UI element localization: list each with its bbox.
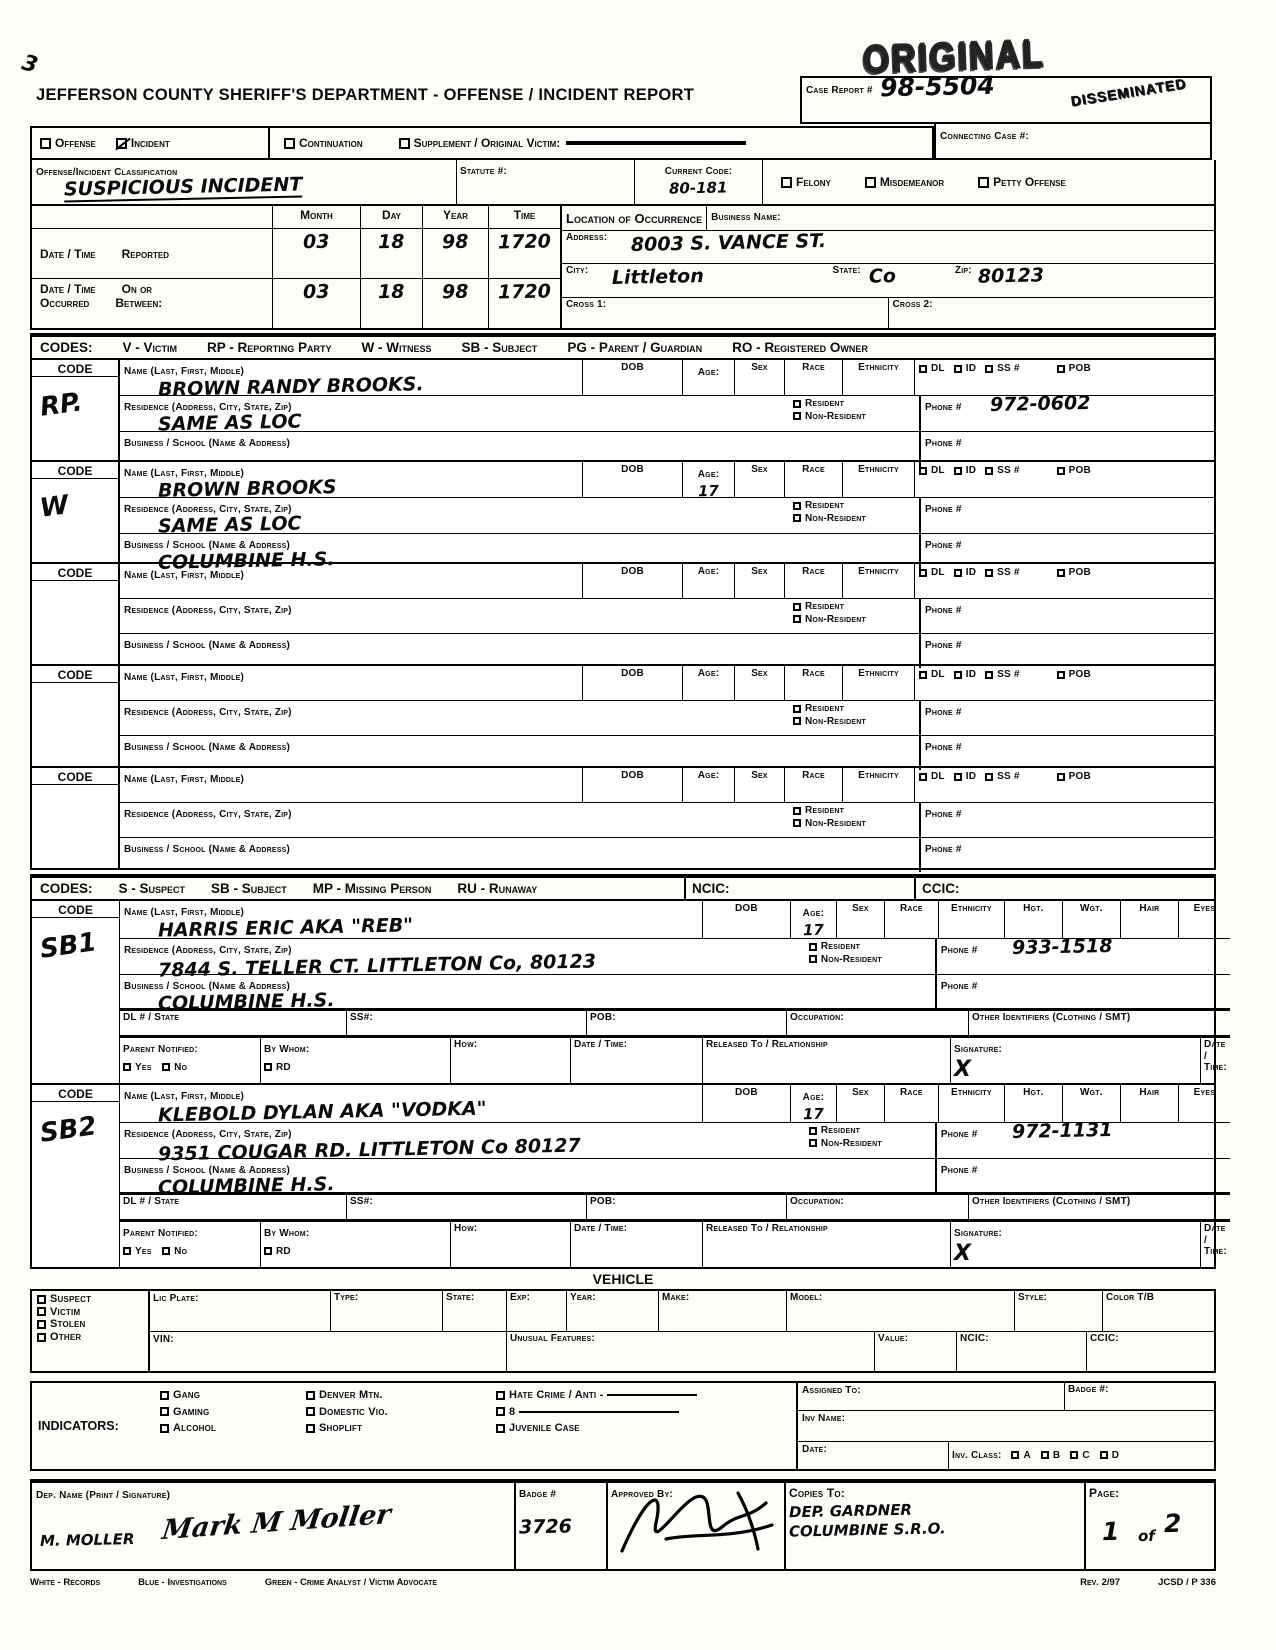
unusual-features-field: Unusual Features: [506,1332,874,1372]
form-number-label: JCSD / P 336 [1158,1577,1216,1588]
vehicle-other-checkbox-glyph [37,1333,46,1342]
race-header: Race [784,768,842,802]
occurred-year: 98 [442,281,469,304]
phone-value: 972-1131 [1012,1119,1113,1143]
rd-checkbox: RD [264,1246,291,1257]
state-label: State: [832,265,860,295]
time-header: Time [488,206,560,228]
age-header: Age: [682,666,734,700]
code-witness: W - Witness [362,340,432,355]
date-time-field-2: Date / Time: [1200,1038,1230,1083]
yes-checkbox-glyph [123,1063,131,1071]
occupation-field: Occupation: [786,1011,968,1035]
code-missing-person: MP - Missing Person [313,881,432,896]
continuation-checkbox-glyph [284,138,295,149]
resident-checkbox: Resident [793,500,917,512]
code-header: CODE [32,768,118,785]
gang-checkbox: Gang [160,1389,306,1402]
code-header: CODE [32,360,118,377]
phone-label: Phone # [925,707,962,718]
phone2-label: Phone # [925,540,962,551]
hair-header: Hair [1120,1085,1178,1122]
id-checkbox-glyph [954,467,962,475]
non-resident-checkbox: Non-Resident [793,411,917,423]
petty-offense-checkbox: Petty Offense [978,175,1066,189]
pob-checkbox-glyph [1057,773,1065,781]
dl-checkbox-glyph [919,773,927,781]
code-header: CODE [32,462,118,479]
business-value: COLUMBINE H.S. [158,1173,335,1199]
phone-value: 972-0602 [990,392,1091,416]
dob-header: DOB [582,564,682,598]
resident-checkbox: Resident [809,941,933,953]
hair-header: Hair [1120,901,1178,938]
resident-checkbox-glyph [793,807,801,815]
copies-to-label: Copies To: [789,1486,845,1500]
sex-header: Sex [734,360,784,395]
signature-strip: Dep. Name (Print / Signature) M. MOLLER … [30,1479,1216,1571]
disseminated-stamp: DISSEMINATED [1069,75,1187,109]
date-time-field: Date / Time: [570,1222,702,1267]
code-header: CODE [32,564,118,581]
pob-field: POB: [586,1011,786,1035]
yes-checkbox-glyph [123,1247,131,1255]
code-value: SB2 [38,1111,98,1149]
non-resident-checkbox-glyph [793,514,801,522]
vehicle-victim-checkbox: Victim [37,1306,143,1319]
statute-label: Statute #: [460,166,507,177]
dob-header: DOB [582,666,682,700]
dl-checkbox: DL [919,465,945,477]
vehicle-model-field: Model: [786,1291,1014,1331]
non-resident-checkbox-glyph [793,717,801,725]
deputy-signature: Mark M Moller [160,1499,393,1546]
phone-label: Phone # [925,402,962,413]
reported-label-1: Date / Time [40,247,96,261]
assigned-to-field: Assigned To: [798,1383,1064,1410]
ss-checkbox-glyph [985,773,993,781]
rd-checkbox-glyph [264,1063,272,1071]
juvenile-case-checkbox-glyph [496,1424,505,1433]
inv-class-label: Inv. Class: [952,1450,1001,1462]
signature-x-mark: X [954,1241,971,1266]
vehicle-stolen-checkbox: Stolen [37,1318,143,1331]
approved-by-signature [608,1485,778,1559]
sex-header: Sex [734,768,784,802]
name-label: Name (Last, First, Middle) [124,774,244,785]
dl-checkbox-glyph [919,569,927,577]
suspect-block-sb2: CODESB2 Name (Last, First, Middle)KLEBOL… [30,1083,1216,1269]
ss-checkbox-glyph [985,569,993,577]
parent-yes-checkbox: Yes [123,1062,152,1073]
inv-class-d-glyph [1100,1451,1108,1459]
resident-checkbox-glyph [793,400,801,408]
age-value: 17 [803,1105,824,1123]
id-checkbox-glyph [954,365,962,373]
ss-checkbox: SS # [985,465,1019,477]
occurred-month: 03 [303,281,330,304]
ss-checkbox-glyph [985,671,993,679]
case-report-number: 98-5504 [880,71,995,102]
city-label: City: [566,265,588,295]
pob-field: POB: [586,1195,786,1219]
address-label: Address: [566,232,607,262]
shoplift-checkbox-glyph [306,1424,315,1433]
name-value: HARRIS ERIC AKA "REB" [158,914,414,941]
codes-label: CODES: [40,340,93,355]
released-to-field: Released To / Relationship [702,1222,950,1267]
code-value: W [38,490,71,524]
id-checkbox: ID [954,669,976,681]
resident-checkbox: Resident [809,1125,933,1137]
code-parent-guardian: PG - Parent / Guardian [567,340,702,355]
inv-class-a-checkbox: A [1011,1450,1030,1462]
business-value: COLUMBINE H.S. [158,989,335,1015]
deputy-badge-label: Badge # [519,1489,556,1500]
residence-label: Residence (Address, City, State, Zip) [124,809,292,820]
code-header: CODE [32,1085,119,1102]
phone-label: Phone # [925,504,962,515]
stray-pen-mark: 3 [19,50,40,78]
code-registered-owner: RO - Registered Owner [732,340,868,355]
non-resident-checkbox-glyph [793,615,801,623]
dob-header: DOB [702,1085,790,1122]
badge-number-field: Badge #: [1064,1383,1214,1410]
gang-checkbox-glyph [160,1391,169,1400]
id-checkbox: ID [954,771,976,783]
signature-label: Signature: [954,1228,1002,1239]
dob-header: DOB [582,768,682,802]
page-of: of [1138,1527,1155,1545]
pob-checkbox: POB [1057,465,1091,477]
age-header: Age: [682,768,734,802]
zip-value: 80123 [977,265,1044,297]
resident-checkbox-glyph [793,705,801,713]
ethnicity-header: Ethnicity [938,901,1004,938]
code-value: SB1 [38,927,98,965]
inv-class-c-checkbox: C [1070,1450,1089,1462]
vehicle-suspect-checkbox: Suspect [37,1293,143,1306]
ssn-field: SS#: [346,1195,586,1219]
code-reporting-party: RP - Reporting Party [207,340,332,355]
non-resident-checkbox-glyph [809,955,817,963]
code-suspect: S - Suspect [119,881,186,896]
pob-checkbox-glyph [1057,569,1065,577]
misdemeanor-checkbox-glyph [865,177,876,188]
released-to-field: Released To / Relationship [702,1038,950,1083]
hate-crime-checkbox-glyph [496,1391,505,1400]
ccic-field: CCIC: [914,878,1214,899]
ethnicity-header: Ethnicity [842,564,914,598]
dl-checkbox-glyph [919,365,927,373]
classification-value: SUSPICIOUS INCIDENT [64,174,303,203]
age-header: Age: [682,564,734,598]
name-label: Name (Last, First, Middle) [124,672,244,683]
report-title: JEFFERSON COUNTY SHERIFF'S DEPARTMENT - … [36,86,786,105]
scanned-report-page: { "page": { "corner_mark": "3", "stamp_o… [0,0,1276,1650]
by-whom-label: By Whom: [264,1228,309,1239]
race-header: Race [784,462,842,497]
revision-label: Rev. 2/97 [1080,1577,1120,1588]
misdemeanor-checkbox: Misdemeanor [865,175,944,189]
phone2-label: Phone # [925,438,962,449]
resident-checkbox-glyph [793,502,801,510]
phone-label: Phone # [925,809,962,820]
domestic-vio-checkbox-glyph [306,1407,315,1416]
pob-checkbox: POB [1057,363,1091,375]
denver-mtn-checkbox: Denver Mtn. [306,1389,496,1402]
person-block-empty-3: CODE Name (Last, First, Middle) DOB Age:… [30,766,1216,870]
vehicle-victim-checkbox-glyph [37,1307,46,1316]
pob-checkbox: POB [1057,669,1091,681]
race-header: Race [784,564,842,598]
alcohol-checkbox-glyph [160,1424,169,1433]
current-code-value: 80-181 [669,178,728,197]
vehicle-make-field: Make: [658,1291,786,1331]
redaction-bar [566,141,746,145]
location-section: Location of Occurrence Business Name: Ad… [560,206,1214,328]
ss-checkbox: SS # [985,669,1019,681]
parent-notified-label: Parent Notified: [123,1228,198,1239]
code-header: CODE [32,901,119,918]
dl-checkbox: DL [919,669,945,681]
height-header: Hgt. [1004,1085,1062,1122]
vehicle-year-field: Year: [566,1291,658,1331]
rd-checkbox-glyph [264,1247,272,1255]
vehicle-state-field: State: [442,1291,506,1331]
page-total: 2 [1164,1509,1182,1538]
vehicle-ccic-field: CCIC: [1086,1332,1214,1372]
parent-notified-label: Parent Notified: [123,1044,198,1055]
person-block-rp: CODERP. Name (Last, First, Middle)BROWN … [30,358,1216,462]
occurred-label-4: Between: [115,296,162,310]
copies-line-1: DEP. GARDNER [789,1501,912,1522]
age-header: Age: [803,908,824,919]
reported-year: 98 [442,231,469,254]
resident-checkbox-glyph [809,943,817,951]
page-label: Page: [1089,1486,1119,1500]
id-checkbox-glyph [954,569,962,577]
dob-header: DOB [702,901,790,938]
person-block-empty-2: CODE Name (Last, First, Middle) DOB Age:… [30,664,1216,768]
dl-state-field: DL # / State [120,1195,346,1219]
ethnicity-header: Ethnicity [842,360,914,395]
denver-mtn-checkbox-glyph [306,1391,315,1400]
phone2-label: Phone # [925,742,962,753]
indicators-section: INDICATORS: Gang Gaming Alcohol Denver M… [30,1381,1216,1471]
code-value: RP. [38,387,84,423]
vin-field: VIN: [150,1332,506,1372]
eight-checkbox-glyph [496,1407,505,1416]
codes-label: CODES: [40,881,93,896]
juvenile-case-checkbox: Juvenile Case [496,1422,796,1435]
resident-checkbox-glyph [809,1127,817,1135]
connecting-case-label: Connecting Case #: [940,131,1029,142]
vehicle-value-field: Value: [874,1332,956,1372]
deputy-badge-value: 3726 [519,1515,572,1538]
vehicle-ncic-field: NCIC: [956,1332,1086,1372]
non-resident-checkbox-glyph [809,1139,817,1147]
dob-header: DOB [582,462,682,497]
signature-label: Signature: [954,1044,1002,1055]
inv-date-field: Date: [798,1442,948,1469]
code-subject: SB - Subject [462,340,538,355]
offense-checkbox-glyph [40,138,51,149]
incident-checkbox-glyph-checked [116,138,127,149]
report-type-row: Offense Incident Continuation Supplement… [30,126,934,160]
sex-header: Sex [734,666,784,700]
felony-checkbox: Felony [781,175,831,189]
residence-value: SAME AS LOC [158,411,302,436]
age-header: Age: [698,367,719,378]
occupation-field: Occupation: [786,1195,968,1219]
parent-no-checkbox: No [162,1062,187,1073]
vehicle-section: Suspect Victim Stolen Other Lic Plate: T… [30,1289,1216,1373]
dl-state-field: DL # / State [120,1011,346,1035]
eyes-header: Eyes [1178,1085,1230,1122]
alcohol-checkbox: Alcohol [160,1422,306,1435]
ss-checkbox: SS # [985,363,1019,375]
ethnicity-header: Ethnicity [842,768,914,802]
resident-checkbox: Resident [793,805,917,817]
day-header: Day [360,206,422,228]
phone2-label: Phone # [941,981,978,992]
case-report-label: Case Report # [806,85,873,96]
lic-plate-field: Lic Plate: [150,1291,330,1331]
weight-header: Wgt. [1062,1085,1120,1122]
year-header: Year [422,206,488,228]
inv-class-b-checkbox: B [1041,1450,1060,1462]
phone-label: Phone # [941,945,978,956]
occurred-label-3: Occurred [40,296,89,310]
dl-checkbox-glyph [919,671,927,679]
id-checkbox-glyph [954,671,962,679]
dl-checkbox-glyph [919,467,927,475]
person-block-empty-1: CODE Name (Last, First, Middle) DOB Age:… [30,562,1216,666]
gaming-checkbox: Gaming [160,1406,306,1419]
non-resident-checkbox-glyph [793,412,801,420]
id-checkbox: ID [954,567,976,579]
reported-label-2: Reported [122,247,169,261]
business-label: Business / School (Name & Address) [124,438,290,449]
domestic-vio-checkbox: Domestic Vio. [306,1406,496,1419]
sex-header: Sex [836,1085,884,1122]
phone2-label: Phone # [925,844,962,855]
inv-class-c-glyph [1070,1451,1078,1459]
occurred-time: 1720 [498,280,551,303]
pob-checkbox: POB [1057,567,1091,579]
no-checkbox-glyph [162,1247,170,1255]
non-resident-checkbox: Non-Resident [793,818,917,830]
race-header: Race [884,1085,938,1122]
code-runaway: RU - Runaway [457,881,537,896]
signature-x-mark: X [954,1057,971,1082]
inv-class-a-glyph [1011,1451,1019,1459]
occurred-day: 18 [378,281,405,304]
supplement-checkbox: Supplement / Original Victim: [399,136,747,150]
how-field: How: [450,1038,570,1083]
page-number: 1 [1102,1517,1120,1546]
pob-checkbox-glyph [1057,467,1065,475]
city-value: Littleton [612,263,803,297]
other-identifiers-field: Other Identifiers (Clothing / SMT) [968,1011,1230,1035]
resident-checkbox: Resident [793,703,917,715]
phone-label: Phone # [941,1129,978,1140]
non-resident-checkbox: Non-Resident [809,1138,933,1150]
vehicle-color-field: Color T/B [1102,1291,1214,1331]
dl-checkbox: DL [919,771,945,783]
shoplift-checkbox: Shoplift [306,1422,496,1435]
how-field: How: [450,1222,570,1267]
sex-header: Sex [734,462,784,497]
phone-value: 933-1518 [1012,935,1113,959]
code-header: CODE [32,666,118,683]
deputy-name-label: Dep. Name (Print / Signature) [36,1490,170,1501]
city-state-zip-row: City: Littleton State: Co Zip: 80123 [562,263,1214,296]
phone-label: Phone # [925,605,962,616]
by-whom-label: By Whom: [264,1044,309,1055]
suspect-block-sb1: CODESB1 Name (Last, First, Middle)HARRIS… [30,899,1216,1085]
ethnicity-header: Ethnicity [938,1085,1004,1122]
ncic-field: NCIC: [684,878,914,899]
reported-time: 1720 [498,230,551,253]
name-value: BROWN BROOKS [158,476,337,502]
age-header: Age: [803,1092,824,1103]
no-checkbox-glyph [162,1063,170,1071]
continuation-checkbox: Continuation [284,136,363,150]
ss-checkbox: SS # [985,771,1019,783]
race-header: Race [784,666,842,700]
month-header: Month [272,206,360,228]
pob-checkbox-glyph [1057,365,1065,373]
reported-month: 03 [303,231,330,254]
code-victim: V - Victim [123,340,178,355]
inv-class-d-checkbox: D [1100,1450,1119,1462]
current-code-label: Current Code: [665,166,733,177]
codes-legend-1: CODES: V - Victim RP - Reporting Party W… [30,333,1216,360]
business-label: Business / School (Name & Address) [124,844,290,855]
person-block-witness: CODEW Name (Last, First, Middle)BROWN BR… [30,460,1216,564]
vehicle-stolen-checkbox-glyph [37,1320,46,1329]
inv-class-b-glyph [1041,1451,1049,1459]
connecting-case-box: Connecting Case #: [934,124,1212,160]
vehicle-other-checkbox: Other [37,1331,143,1344]
business-label: Business / School (Name & Address) [124,742,290,753]
phone2-label: Phone # [941,1165,978,1176]
ethnicity-header: Ethnicity [842,666,914,700]
cross-streets-row: Cross 1: Cross 2: [562,297,1214,328]
cross2-label: Cross 2: [888,298,1215,328]
dob-header: DOB [582,360,682,395]
eight-checkbox: 8 [496,1406,796,1419]
age-value: 17 [698,482,719,500]
residence-label: Residence (Address, City, State, Zip) [124,605,292,616]
inv-name-field: Inv Name: [798,1410,1214,1442]
sex-header: Sex [734,564,784,598]
address-row: Address: 8003 S. VANCE ST. [562,230,1214,263]
rd-checkbox: RD [264,1062,291,1073]
height-header: Hgt. [1004,901,1062,938]
date-time-field: Date / Time: [570,1038,702,1083]
reported-row: Date / Time Reported 03 18 98 1720 [32,228,560,278]
copy-green-label: Green - Crime Analyst / Victim Advocate [265,1577,437,1588]
location-label: Location of Occurrence [562,211,706,226]
form-footer: White - Records Blue - Investigations Gr… [30,1577,1216,1588]
code-subject: SB - Subject [211,881,287,896]
residence-label: Residence (Address, City, State, Zip) [124,707,292,718]
parent-no-checkbox: No [162,1246,187,1257]
felony-checkbox-glyph [781,177,792,188]
